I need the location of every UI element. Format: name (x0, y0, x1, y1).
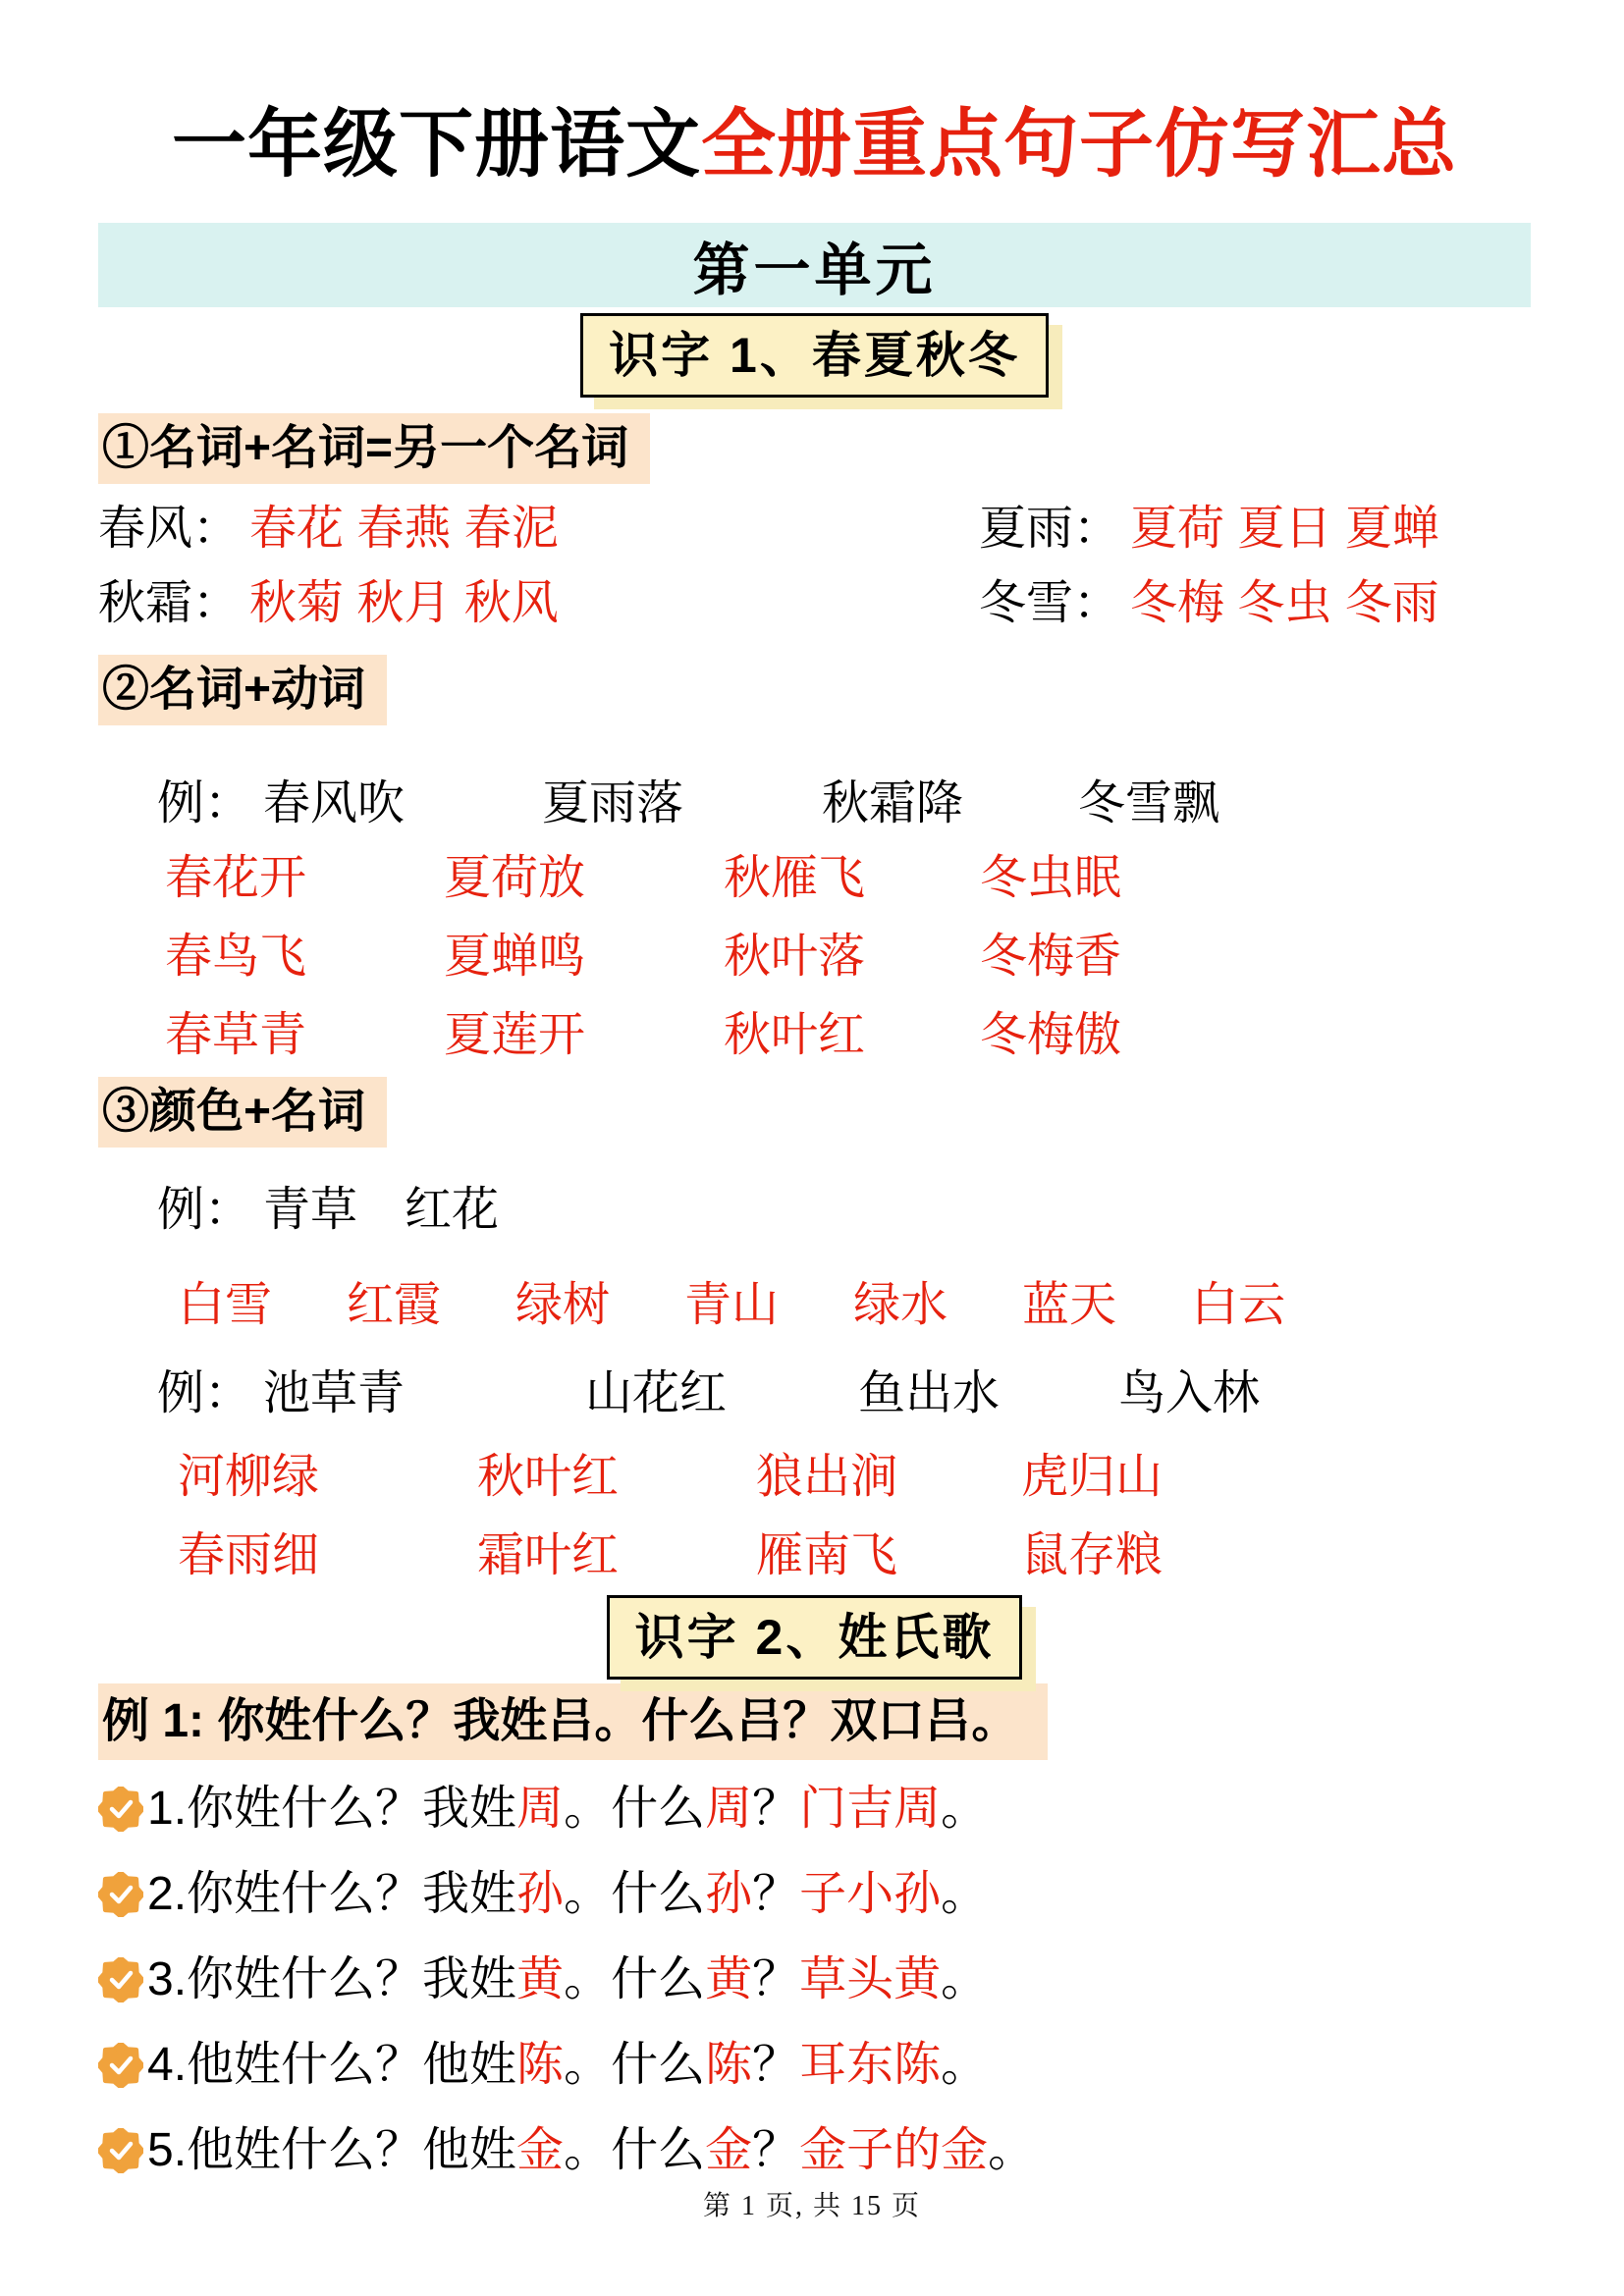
example-prefix: 例： (157, 1364, 263, 1423)
pair-words: 春花 春燕 春泥 (249, 503, 559, 555)
word-cell: 虎归山 (1021, 1448, 1163, 1507)
red-segment: 孙 (516, 1865, 564, 1924)
color-noun-example2-row: 例：池草青山花红鱼出水鸟入林 (98, 1364, 1531, 1423)
lesson1-heading-wrap: 识字 1、春夏秋冬 (98, 313, 1531, 398)
word-cell: 池草青 (263, 1364, 585, 1423)
black-segment: 3.你姓什么？我姓 (147, 1950, 516, 2009)
black-segment: 。什么 (564, 2036, 705, 2095)
example-prefix: 例： (157, 774, 263, 833)
word-cell: 霜叶红 (477, 1526, 756, 1585)
section1-heading: ①名词+名词=另一个名词 (98, 413, 650, 484)
word-cell: 夏蝉鸣 (444, 928, 724, 987)
check-seal-icon (98, 1787, 143, 1832)
color-word: 绿树 (515, 1276, 610, 1335)
check-seal-icon (98, 1957, 143, 2002)
red-segment: 金子的金 (799, 2121, 988, 2180)
left-pair: 春风：春花 春燕 春泥 (98, 500, 979, 559)
word-cell: 冬梅香 (980, 928, 1121, 987)
page-title: 一年级下册语文全册重点句子仿写汇总 (98, 98, 1531, 191)
noun-noun-rows: 春风：春花 春燕 春泥夏雨：夏荷 夏日 夏蝉秋霜：秋菊 秋月 秋风冬雪：冬梅 冬… (98, 500, 1531, 633)
word-cell: 冬梅傲 (980, 1006, 1121, 1065)
red-segment: 陈 (705, 2036, 752, 2095)
surname-item: 5.他姓什么？他姓金。什么金？金子的金。 (98, 2121, 1531, 2180)
pair-words: 冬梅 冬虫 冬雨 (1130, 577, 1439, 629)
red-segment: 黄 (516, 1950, 564, 2009)
word-cell: 鸟入林 (1118, 1364, 1260, 1423)
pair-words: 夏荷 夏日 夏蝉 (1130, 503, 1439, 555)
black-segment: 。 (941, 1865, 988, 1924)
color-word: 蓝天 (1022, 1276, 1116, 1335)
surname-item: 3.你姓什么？我姓黄。什么黄？草头黄。 (98, 1950, 1531, 2009)
word-cell: 春草青 (165, 1006, 444, 1065)
answer-row: 春草青夏莲开秋叶红冬梅傲 (98, 1006, 1531, 1065)
section2-heading: ②名词+动词 (98, 655, 387, 725)
unit-band: 第一单元 (98, 223, 1531, 307)
red-segment: 周 (516, 1780, 564, 1839)
red-segment: 门吉周 (799, 1780, 941, 1839)
word-cell: 夏莲开 (444, 1006, 724, 1065)
black-segment: ？ (752, 2121, 799, 2180)
surname-item: 1.你姓什么？我姓周。什么周？门吉周。 (98, 1780, 1531, 1839)
check-seal-icon (98, 2128, 143, 2173)
black-segment: 。什么 (564, 1865, 705, 1924)
word-cell: 雁南飞 (756, 1526, 1021, 1585)
check-seal-icon (98, 2043, 143, 2088)
word-cell: 狼出涧 (756, 1448, 1021, 1507)
example1-words: 青草 红花 (263, 1184, 499, 1236)
word-cell: 春鸟飞 (165, 928, 444, 987)
black-segment: ？ (752, 2036, 799, 2095)
word-cell: 秋叶红 (477, 1448, 756, 1507)
black-segment: 。什么 (564, 2121, 705, 2180)
color-noun-example1-row: 例：青草 红花 (98, 1181, 1531, 1240)
black-segment: 1.你姓什么？我姓 (147, 1780, 516, 1839)
word-cell: 冬虫眠 (980, 849, 1121, 908)
surname-item: 4.他姓什么？他姓陈。什么陈？耳东陈。 (98, 2036, 1531, 2095)
red-segment: 黄 (705, 1950, 752, 2009)
example-prefix: 例： (157, 1181, 263, 1240)
black-segment: 。 (988, 2121, 1035, 2180)
red-segment: 孙 (705, 1865, 752, 1924)
right-pair: 夏雨：夏荷 夏日 夏蝉 (979, 500, 1531, 559)
pair-words: 秋菊 秋月 秋风 (249, 577, 559, 629)
noun-pair-row: 春风：春花 春燕 春泥夏雨：夏荷 夏日 夏蝉 (98, 500, 1531, 559)
black-segment: 。 (941, 1780, 988, 1839)
black-segment: 。什么 (564, 1950, 705, 2009)
red-segment: 金 (516, 2121, 564, 2180)
answer-row: 春花开夏荷放秋雁飞冬虫眠 (98, 849, 1531, 908)
check-seal-icon (98, 1872, 143, 1917)
black-segment: 2.你姓什么？我姓 (147, 1865, 516, 1924)
word-cell: 鼠存粮 (1021, 1526, 1163, 1585)
black-segment: ？ (752, 1865, 799, 1924)
word-cell: 秋霜降 (822, 774, 1078, 833)
red-segment: 草头黄 (799, 1950, 941, 2009)
color-word: 白雪 (178, 1276, 272, 1335)
worksheet-page: 一年级下册语文全册重点句子仿写汇总 第一单元 识字 1、春夏秋冬 ①名词+名词=… (0, 0, 1624, 2296)
section3-heading: ③颜色+名词 (98, 1077, 387, 1148)
word-cell: 秋叶红 (724, 1006, 980, 1065)
lesson2-heading-wrap: 识字 2、姓氏歌 (98, 1595, 1531, 1680)
word-cell: 春风吹 (263, 774, 542, 833)
red-segment: 耳东陈 (799, 2036, 941, 2095)
color-word: 红霞 (347, 1276, 441, 1335)
pair-label: 冬雪： (979, 577, 1120, 629)
noun-verb-example-row: 例：春风吹夏雨落秋霜降冬雪飘 (98, 774, 1531, 833)
answer-row: 河柳绿秋叶红狼出涧虎归山 (98, 1448, 1531, 1507)
lesson2-heading-box: 识字 2、姓氏歌 (607, 1595, 1023, 1680)
pair-label: 秋霜： (98, 577, 240, 629)
unit-label: 第一单元 (692, 224, 936, 306)
word-cell: 秋叶落 (724, 928, 980, 987)
noun-verb-answer-rows: 春花开夏荷放秋雁飞冬虫眠春鸟飞夏蝉鸣秋叶落冬梅香春草青夏莲开秋叶红冬梅傲 (98, 849, 1531, 1065)
surname-item: 2.你姓什么？我姓孙。什么孙？子小孙。 (98, 1865, 1531, 1924)
color-words-row: 白雪红霞绿树青山绿水蓝天白云 (98, 1276, 1531, 1335)
color-word: 绿水 (853, 1276, 947, 1335)
page-title-red: 全册重点句子仿写汇总 (701, 103, 1457, 187)
black-segment: 4.他姓什么？他姓 (147, 2036, 516, 2095)
noun-pair-row: 秋霜：秋菊 秋月 秋风冬雪：冬梅 冬虫 冬雨 (98, 574, 1531, 633)
color-noun-answer-rows: 河柳绿秋叶红狼出涧虎归山春雨细霜叶红雁南飞鼠存粮 (98, 1448, 1531, 1585)
word-cell: 春雨细 (178, 1526, 477, 1585)
black-segment: 。 (941, 1950, 988, 2009)
word-cell: 鱼出水 (858, 1364, 1118, 1423)
word-cell: 山花红 (585, 1364, 858, 1423)
black-segment: 。什么 (564, 1780, 705, 1839)
red-segment: 陈 (516, 2036, 564, 2095)
word-cell: 冬雪飘 (1078, 774, 1219, 833)
red-segment: 子小孙 (799, 1865, 941, 1924)
red-segment: 金 (705, 2121, 752, 2180)
word-cell: 河柳绿 (178, 1448, 477, 1507)
page-content: 一年级下册语文全册重点句子仿写汇总 第一单元 识字 1、春夏秋冬 ①名词+名词=… (0, 98, 1624, 2180)
color-word: 青山 (684, 1276, 779, 1335)
page-title-black: 一年级下册语文 (172, 103, 701, 187)
page-number: 第 1 页, 共 15 页 (0, 2184, 1624, 2223)
word-cell: 夏雨落 (542, 774, 822, 833)
right-pair: 冬雪：冬梅 冬虫 冬雨 (979, 574, 1531, 633)
black-segment: 5.他姓什么？他姓 (147, 2121, 516, 2180)
word-cell: 春花开 (165, 849, 444, 908)
left-pair: 秋霜：秋菊 秋月 秋风 (98, 574, 979, 633)
color-word: 白云 (1191, 1276, 1285, 1335)
answer-row: 春鸟飞夏蝉鸣秋叶落冬梅香 (98, 928, 1531, 987)
black-segment: 。 (941, 2036, 988, 2095)
surname-item-list: 1.你姓什么？我姓周。什么周？门吉周。 2.你姓什么？我姓孙。什么孙？子小孙。 … (98, 1780, 1531, 2180)
word-cell: 秋雁飞 (724, 849, 980, 908)
surname-example-heading: 例 1: 你姓什么？我姓吕。什么吕？双口吕。 (98, 1683, 1048, 1760)
black-segment: ？ (752, 1780, 799, 1839)
pair-label: 春风： (98, 503, 240, 555)
red-segment: 周 (705, 1780, 752, 1839)
black-segment: ？ (752, 1950, 799, 2009)
pair-label: 夏雨： (979, 503, 1120, 555)
lesson1-heading-box: 识字 1、春夏秋冬 (580, 313, 1049, 398)
word-cell: 夏荷放 (444, 849, 724, 908)
answer-row: 春雨细霜叶红雁南飞鼠存粮 (98, 1526, 1531, 1585)
